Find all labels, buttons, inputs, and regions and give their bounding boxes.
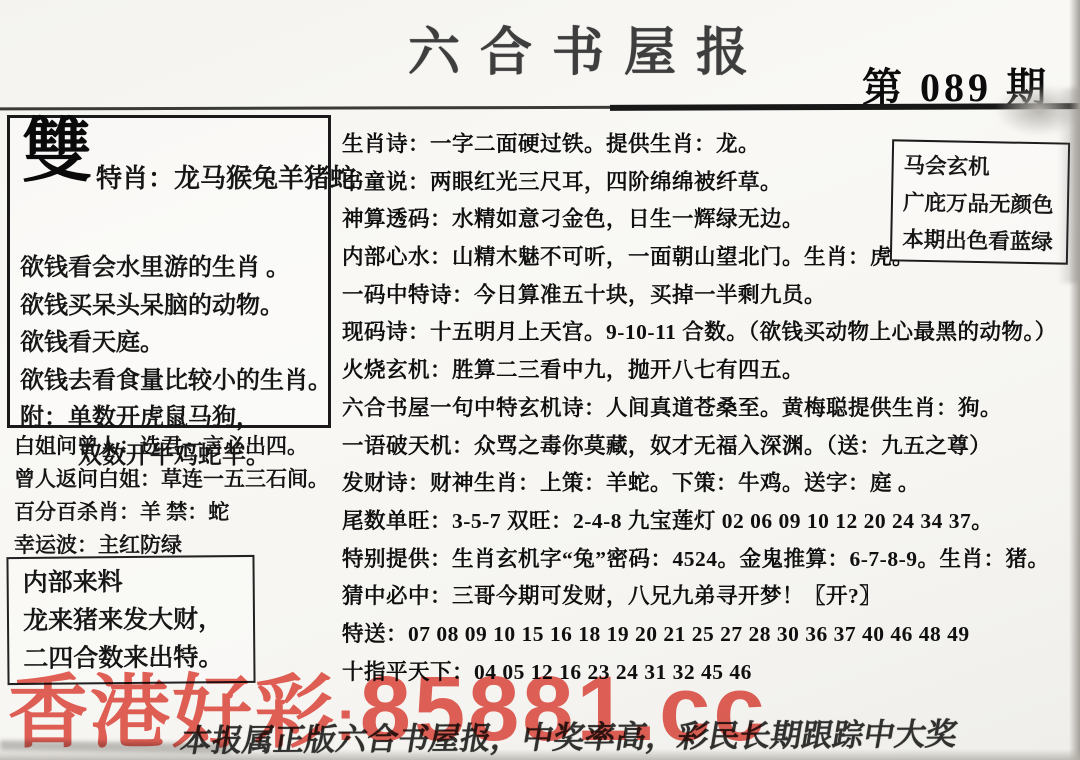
tip-line: 内部心水：山精木魅不可听，一面朝山望北门。生肖：虎。 <box>342 239 1057 277</box>
note-line: 白姐问曾人：选君一言必出四。 <box>14 430 329 463</box>
tip-line: 生肖诗：一字二面硬过铁。提供生肖：龙。 <box>342 126 1057 164</box>
sister-notes: 白姐问曾人：选君一言必出四。 曾人返问白姐：草连一五三石间。 百分百杀肖：羊 禁… <box>14 430 329 562</box>
tip-line: 发财诗：财神生肖：上策：羊蛇。下策：牛鸡。送字：庭 。 <box>342 465 1057 503</box>
scan-edge-right <box>1069 0 1080 760</box>
double-character: 雙 <box>22 118 92 188</box>
tip-line: 书童说：两眼红光三尺耳，四阶绵绵被纤草。 <box>342 164 1057 202</box>
tip-column: 生肖诗：一字二面硬过铁。提供生肖：龙。 书童说：两眼红光三尺耳，四阶绵绵被纤草。… <box>342 126 1057 691</box>
special-zodiac-box: 雙 特肖：龙马猴兔羊猪蛇 . 欲钱看会水里游的生肖 。 欲钱买呆头呆脑的动物。 … <box>7 115 331 428</box>
tip-line: 神算透码：水精如意刁金色，日生一辉绿无边。 <box>342 201 1057 239</box>
page-title: 六合书屋报 <box>408 10 768 85</box>
tip-line: 尾数单旺：3-5-7 双旺：2-4-8 九宝莲灯 02 06 09 10 12 … <box>342 503 1057 541</box>
watermark-colon: : <box>336 688 355 753</box>
note-line: 百分百杀肖：羊 禁：蛇 <box>14 496 329 529</box>
scanned-tipsheet: 六合书屋报 第 089 期 雙 特肖：龙马猴兔羊猪蛇 . 欲钱看会水里游的生肖 … <box>0 0 1080 760</box>
zodiac-line: 欲钱去看食量比较小的生肖。 <box>20 363 330 401</box>
tip-line: 猜中必中：三哥今期可发财，八兄九弟寻开梦！〖开?〗 <box>342 578 1057 616</box>
zodiac-line: 欲钱看会水里游的生肖 。 <box>20 250 330 288</box>
tip-line: 一语破天机：众骂之毒你莫藏，奴才无福入深渊。（送：九五之尊） <box>342 428 1057 466</box>
tip-line: 火烧玄机：胜算二三看中九，抛开八七有四五。 <box>342 352 1057 390</box>
tip-line: 特别提供：生肖玄机字“兔”密码：4524。金鬼推算：6-7-8-9。生肖：猪。 <box>342 541 1057 579</box>
tip-line: 六合书屋一句中特玄机诗：人间真道苍桑至。黄梅聪提供生肖：狗。 <box>342 390 1057 428</box>
tip-line: 一码中特诗：今日算准五十块，买掉一半剩九员。 <box>342 277 1057 315</box>
zodiac-line: 欲钱看天庭。 <box>20 325 330 363</box>
watermark-site-url: 85881.cc <box>360 658 768 760</box>
note-line: 曾人返问白姐：草连一五三石间。 <box>14 463 329 496</box>
watermark: 香港好彩: 85881.cc <box>8 648 768 760</box>
zodiac-line: 欲钱买呆头呆脑的动物。 <box>20 288 330 326</box>
insider-line: 龙来猪来发大财， <box>23 601 253 641</box>
watermark-site-name: 香港好彩 <box>8 668 336 757</box>
tip-line: 现码诗：十五明月上天宫。9-10-11 合数。（欲钱买动物上心最黑的动物。） <box>342 314 1057 352</box>
insider-title: 内部来料 <box>23 563 253 603</box>
